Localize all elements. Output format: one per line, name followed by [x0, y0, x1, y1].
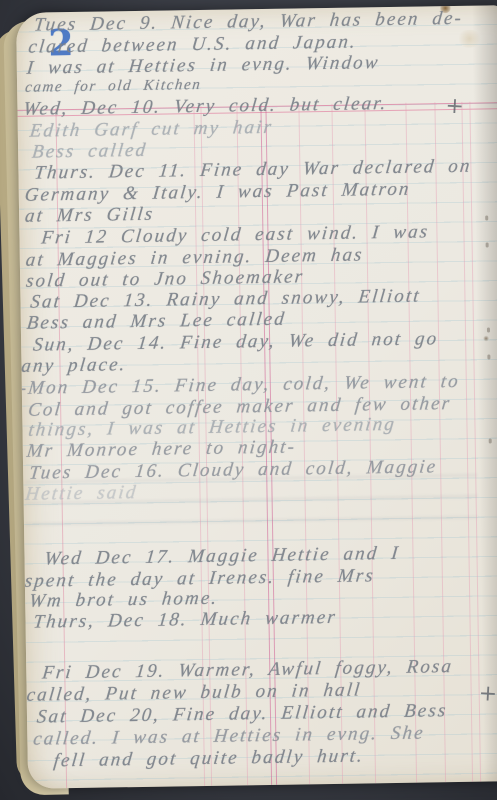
- stitch-hole: [487, 327, 490, 332]
- handwriting-line: came for old Kitchen: [24, 78, 202, 96]
- handwriting-line: any place.: [20, 355, 127, 376]
- stitch-hole: [487, 354, 490, 359]
- handwriting-line: Bess and Mrs Lee called: [26, 310, 287, 333]
- handwriting-line: called, Put new bulb on in hall: [26, 680, 363, 704]
- handwriting-line: Hettie said: [24, 483, 138, 504]
- notebook-photo: 2 Tues Dec 9. Nice day, War has been de-…: [0, 0, 497, 800]
- plus-pencil-mark-top: +: [445, 93, 465, 119]
- handwriting-line: Bess called: [31, 141, 148, 162]
- stitch-hole: [486, 242, 489, 247]
- notebook-page: 2 Tues Dec 9. Nice day, War has been de-…: [16, 5, 497, 789]
- handwriting-line: Wm brot us home.: [28, 589, 219, 611]
- handwriting-line: at Maggies in evning. Deem has: [25, 245, 365, 269]
- small-stain: [483, 335, 489, 341]
- handwriting-line: Mr Monroe here to night-: [26, 437, 297, 460]
- stitch-hole: [485, 215, 488, 220]
- handwriting-line: Thurs, Dec 18. Much warmer: [32, 608, 337, 632]
- handwriting-line: Edith Garf cut my hair: [29, 118, 274, 141]
- stitch-hole: [489, 438, 492, 443]
- handwriting-line: at Mrs Gills: [24, 205, 155, 226]
- handwriting-line: fell and got quite badly hurt.: [53, 746, 365, 770]
- plus-pencil-mark-bottom: +: [478, 681, 497, 707]
